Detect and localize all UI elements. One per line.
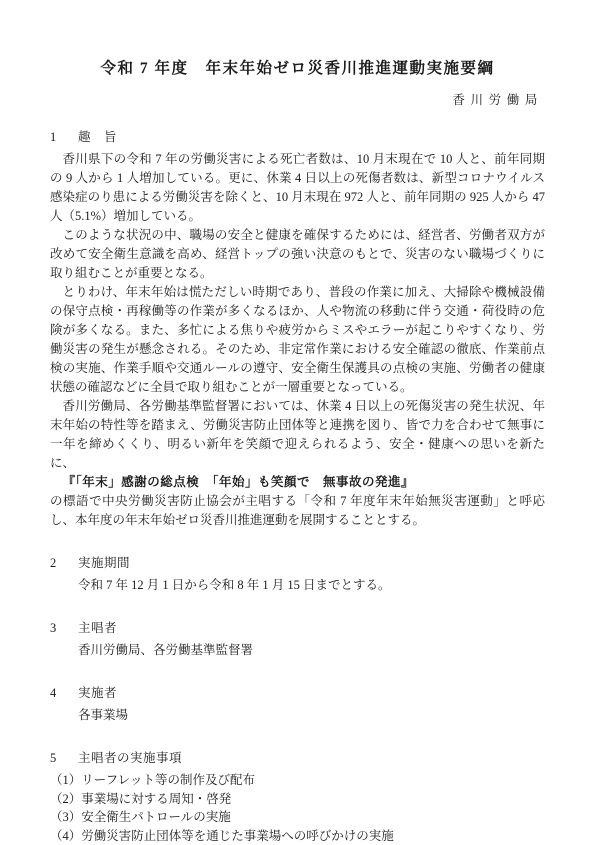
campaign-slogan: 『「年末」感謝の総点検 「年始」も笑顔で 無事故の発進』 (50, 473, 545, 492)
section-number: 5 (50, 749, 78, 768)
issuer-name: 香川労働局 (50, 90, 543, 108)
section-number: 1 (50, 128, 78, 147)
list-item: （4）労働災害防止団体等を通じた事業場への呼びかけの実施 (50, 827, 545, 845)
list-item: （2）事業場に対する周知・啓発 (50, 790, 545, 809)
section-number: 2 (50, 554, 78, 573)
document-page: 令和 7 年度 年末年始ゼロ災香川推進運動実施要綱 香川労働局 1趣 旨 香川県… (0, 0, 595, 842)
section-heading: 3主唱者 (50, 619, 545, 638)
section-body: 香川労働局、各労働基準監督署 (78, 641, 545, 660)
section-heading: 1趣 旨 (50, 128, 545, 147)
document-title: 令和 7 年度 年末年始ゼロ災香川推進運動実施要綱 (50, 56, 545, 78)
section-heading: 5主唱者の実施事項 (50, 749, 545, 768)
section-number: 3 (50, 619, 78, 638)
section-heading-text: 主唱者 (78, 621, 117, 635)
section-heading-text: 実施期間 (78, 556, 130, 570)
list-item: （3）安全衛生パトロールの実施 (50, 808, 545, 827)
activity-list: （1）リーフレット等の制作及び配布 （2）事業場に対する周知・啓発 （3）安全衛… (50, 771, 545, 845)
section-period: 2実施期間 令和 7 年 12 月 1 日から令和 8 年 1 月 15 日まで… (50, 554, 545, 595)
section-sponsor-activities: 5主唱者の実施事項 （1）リーフレット等の制作及び配布 （2）事業場に対する周知… (50, 749, 545, 845)
section-sponsor: 3主唱者 香川労働局、各労働基準監督署 (50, 619, 545, 660)
list-item: （1）リーフレット等の制作及び配布 (50, 771, 545, 790)
section-heading-text: 趣 旨 (78, 130, 117, 144)
section-number: 4 (50, 684, 78, 703)
paragraph: 香川労働局、各労働基準監督署においては、休業 4 日以上の死傷災害の発生状況、年… (50, 397, 545, 473)
paragraph: の標語で中央労働災害防止協会が主唱する「令和 7 年度年末年始無災害運動」と呼応… (50, 492, 545, 530)
paragraph: 香川県下の令和 7 年の労働災害による死亡者数は、10 月末現在で 10 人と、… (50, 150, 545, 226)
section-heading-text: 主唱者の実施事項 (78, 751, 182, 765)
section-body: 令和 7 年 12 月 1 日から令和 8 年 1 月 15 日までとする。 (78, 576, 545, 595)
section-heading: 2実施期間 (50, 554, 545, 573)
paragraph: とりわけ、年末年始は慌ただしい時期であり、普段の作業に加え、大掃除や機械設備の保… (50, 283, 545, 397)
section-heading-text: 実施者 (78, 686, 117, 700)
paragraph: このような状況の中、職場の安全と健康を確保するためには、経営者、労働者双方が改め… (50, 226, 545, 283)
section-body: 各事業場 (78, 706, 545, 725)
section-purpose: 1趣 旨 香川県下の令和 7 年の労働災害による死亡者数は、10 月末現在で 1… (50, 128, 545, 530)
section-implementer: 4実施者 各事業場 (50, 684, 545, 725)
section-heading: 4実施者 (50, 684, 545, 703)
